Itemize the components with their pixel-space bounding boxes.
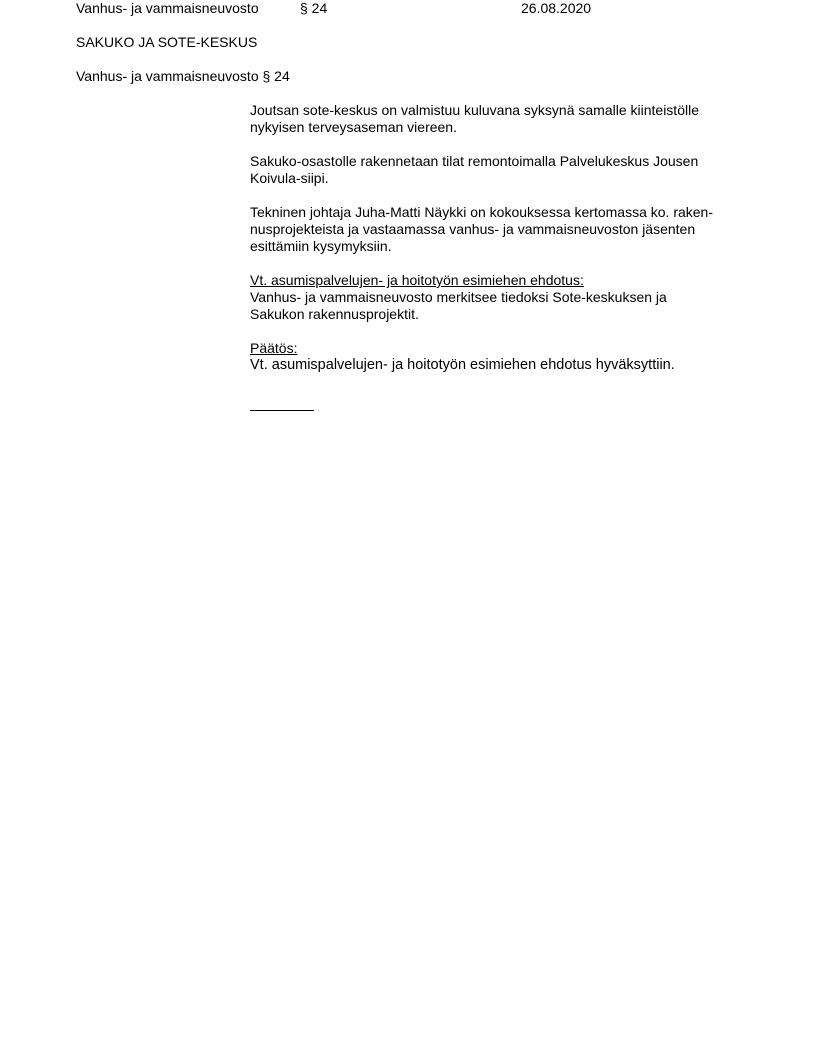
document-body: Joutsan sote-keskus on valmistuu kuluvan… — [250, 102, 750, 391]
proposal-line: Sakukon rakennusprojektit. — [250, 306, 750, 323]
paragraph-line: Tekninen johtaja Juha-Matti Näykki on ko… — [250, 204, 750, 221]
decision-heading: Päätös: — [250, 340, 750, 357]
paragraph-line: nykyisen terveysaseman viereen. — [250, 119, 750, 136]
proposal-heading: Vt. asumispalvelujen- ja hoitotyön esimi… — [250, 272, 750, 289]
header-date: 26.08.2020 — [521, 0, 591, 17]
section-reference: Vanhus- ja vammaisneuvosto § 24 — [76, 68, 290, 85]
paragraph-sote-keskus: Joutsan sote-keskus on valmistuu kuluvan… — [250, 102, 750, 136]
paragraph-line: nusprojekteista ja vastaamassa vanhus- j… — [250, 221, 750, 238]
paragraph-line: Koivula-siipi. — [250, 170, 750, 187]
proposal-line: Vanhus- ja vammaisneuvosto merkitsee tie… — [250, 289, 750, 306]
header-paragraph-number: § 24 — [300, 0, 327, 17]
paragraph-line: esittämiin kysymyksiin. — [250, 238, 750, 255]
proposal-section: Vt. asumispalvelujen- ja hoitotyön esimi… — [250, 272, 750, 323]
section-end-separator — [250, 410, 314, 411]
paragraph-line: Joutsan sote-keskus on valmistuu kuluvan… — [250, 102, 750, 119]
decision-text: Vt. asumispalvelujen- ja hoitotyön esimi… — [250, 357, 750, 374]
decision-section: Päätös: Vt. asumispalvelujen- ja hoitoty… — [250, 340, 750, 374]
paragraph-line: Sakuko-osastolle rakennetaan tilat remon… — [250, 153, 750, 170]
document-title: SAKUKO JA SOTE-KESKUS — [76, 34, 257, 51]
paragraph-sakuko: Sakuko-osastolle rakennetaan tilat remon… — [250, 153, 750, 187]
paragraph-presentation: Tekninen johtaja Juha-Matti Näykki on ko… — [250, 204, 750, 255]
header-body-name: Vanhus- ja vammaisneuvosto — [76, 0, 259, 17]
